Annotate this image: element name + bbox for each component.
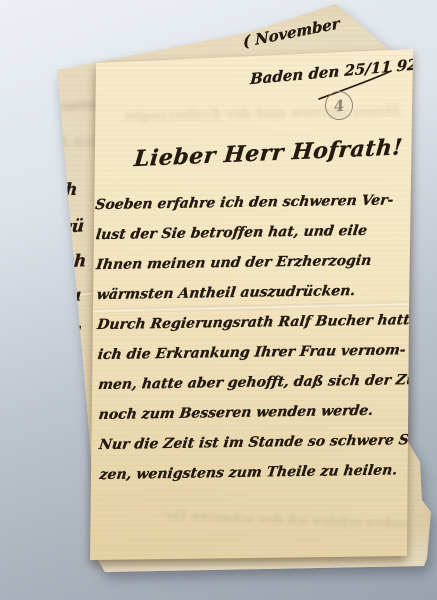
photo-of-letters: ( November Ihnen meinen und der Erzherzo…: [0, 0, 437, 600]
letter-body: Soeben erfahre ich den schweren Ver- lus…: [95, 184, 437, 490]
body-line: zen, wenigstens zum Theile zu heilen.: [98, 454, 437, 490]
front-sheet-shadow: Ihnen meinen und der Erzherzogin Baden d…: [0, 0, 437, 600]
letter-sheet-front: Ihnen meinen und der Erzherzogin Baden d…: [0, 0, 437, 600]
page-number: 4: [333, 96, 346, 115]
